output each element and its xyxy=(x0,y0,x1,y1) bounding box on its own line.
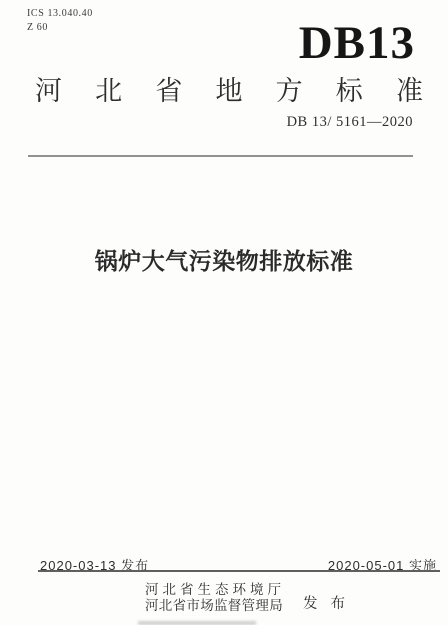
standard-type-heading: 河 北 省 地 方 标 准 xyxy=(35,76,423,106)
db13-logotype: DB13 xyxy=(299,20,415,67)
publisher-block: 河北省生态环境厅 河北省市场监督管理局 xyxy=(145,582,285,613)
document-title: 锅炉大气污染物排放标准 xyxy=(0,243,448,276)
standard-type-char: 方 xyxy=(276,76,303,106)
ics-code: ICS 13.040.40 xyxy=(27,7,93,21)
ics-classification: ICS 13.040.40 Z 60 xyxy=(27,7,93,35)
class-code: Z 60 xyxy=(27,21,93,35)
scan-artifact xyxy=(138,621,256,625)
footer-divider-line xyxy=(38,570,440,572)
standard-type-char: 北 xyxy=(95,76,122,106)
standard-type-char: 准 xyxy=(396,76,423,106)
publisher-name-2: 河北省市场监督管理局 xyxy=(145,598,285,614)
standard-type-char: 地 xyxy=(215,76,242,106)
publish-label: 发布 xyxy=(303,592,358,613)
standard-type-char: 省 xyxy=(155,76,182,106)
standard-type-char: 河 xyxy=(35,76,62,106)
header-divider-line xyxy=(28,155,413,157)
standard-type-char: 标 xyxy=(336,76,363,106)
standard-cover-page: ICS 13.040.40 Z 60 DB13 河 北 省 地 方 标 准 DB… xyxy=(0,0,448,625)
standard-number: DB 13/ 5161—2020 xyxy=(287,114,413,131)
publisher-name-1: 河北省生态环境厅 xyxy=(145,582,285,598)
